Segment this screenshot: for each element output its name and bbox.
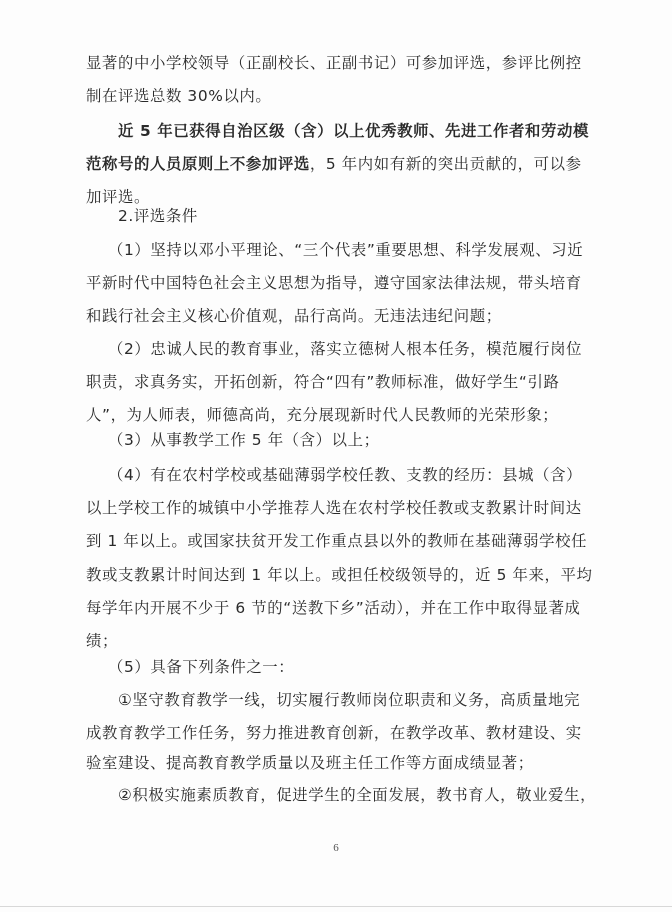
paragraph-line: 每学年内开展不少于 6 节的“送教下乡”活动），并在工作中取得显著成 bbox=[86, 598, 581, 618]
paragraph-line: 和践行社会主义核心价值观，品行高尚。无违法违纪问题； bbox=[86, 306, 502, 326]
paragraph-line: 教或支教累计时间达到 1 年以上。或担任校级领导的，近 5 年来，平均 bbox=[86, 565, 592, 585]
sub-item-1-line: ①坚守教育教学一线，切实履行教师岗位职责和义务，高质量地完 bbox=[118, 690, 580, 710]
document-page: 显著的中小学校领导（正副校长、正副书记）可参加评选，参评比例控 制在评选总数 3… bbox=[0, 0, 672, 912]
normal-text: ，5 年内如有新的突出贡献的，可以参 bbox=[310, 155, 582, 173]
mixed-paragraph-line: 范称号的人员原则上不参加评选，5 年内如有新的突出贡献的，可以参 bbox=[86, 154, 582, 174]
condition-4-line: （4）有在农村学校或基础薄弱学校任教、支教的经历：县城（含） bbox=[108, 465, 582, 485]
condition-5-line: （5）具备下列条件之一： bbox=[108, 657, 294, 677]
condition-1-line: （1）坚持以邓小平理论、“三个代表”重要思想、科学发展观、习近 bbox=[108, 240, 583, 260]
page-number: 6 bbox=[0, 842, 672, 854]
condition-3-line: （3）从事教学工作 5 年（含）以上； bbox=[108, 430, 380, 450]
paragraph-line: 制在评选总数 30%以内。 bbox=[86, 86, 271, 106]
paragraph-line: 加评选。 bbox=[86, 187, 150, 207]
bold-text: 范称号的人员原则上不参加评选 bbox=[86, 155, 310, 173]
bold-paragraph-line: 近 5 年已获得自治区级（含）以上优秀教师、先进工作者和劳动模 bbox=[118, 121, 589, 141]
section-heading: 2.评选条件 bbox=[118, 206, 198, 226]
paragraph-line: 人”，为人师表，师德高尚，充分展现新时代人民教师的光荣形象； bbox=[86, 405, 558, 425]
paragraph-line: 平新时代中国特色社会主义思想为指导，遵守国家法律法规，带头培育 bbox=[86, 273, 582, 293]
paragraph-line: 成教育教学工作任务，努力推进教育创新，在教学改革、教材建设、实 bbox=[86, 723, 582, 743]
page-bottom-edge bbox=[0, 906, 672, 907]
paragraph-line: 绩； bbox=[86, 631, 118, 651]
condition-2-line: （2）忠诚人民的教育事业，落实立德树人根本任务，模范履行岗位 bbox=[108, 339, 582, 359]
paragraph-line: 验室建设、提高教育教学质量以及班主任工作等方面成绩显著； bbox=[86, 753, 534, 773]
paragraph-line: 到 1 年以上。或国家扶贫开发工作重点县以外的教师在基础薄弱学校任 bbox=[86, 531, 587, 551]
paragraph-line: 以上学校工作的城镇中小学推荐人选在农村学校任教或支教累计时间达 bbox=[86, 498, 582, 518]
paragraph-line: 职责，求真务实，开拓创新，符合“四有”教师标准，做好学生“引路 bbox=[86, 372, 559, 392]
sub-item-2-line: ②积极实施素质教育，促进学生的全面发展，教书育人，敬业爱生， bbox=[118, 785, 596, 805]
paragraph-line: 显著的中小学校领导（正副校长、正副书记）可参加评选，参评比例控 bbox=[86, 53, 582, 73]
